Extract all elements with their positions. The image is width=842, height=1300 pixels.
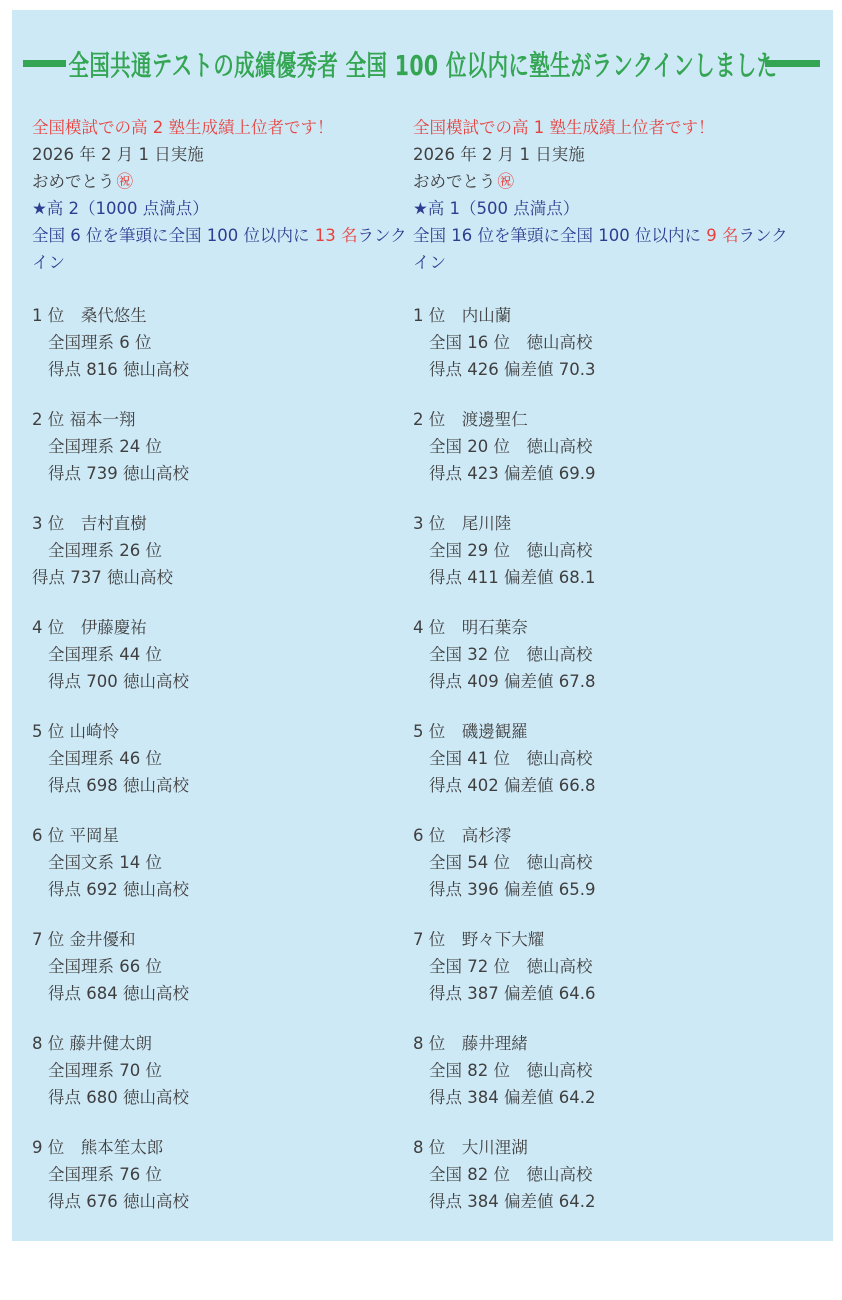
entry-rank-and-name: 7 位 野々下大耀 [413, 926, 797, 953]
ranking-entry: 9 位 熊本笙太郎 全国理系 76 位 得点 676 徳山高校 [32, 1134, 416, 1215]
entry-rank-and-name: 8 位 藤井健太朗 [32, 1030, 416, 1057]
ranking-entry: 7 位 金井優和 全国理系 66 位 得点 684 徳山高校 [32, 926, 416, 1007]
entry-national-rank: 全国理系 6 位 [32, 329, 416, 356]
entry-score: 得点 739 徳山高校 [32, 460, 416, 487]
congrats-text: おめでとう [413, 172, 496, 191]
entry-rank-and-name: 3 位 尾川陸 [413, 510, 797, 537]
exam-date: 2026 年 2 月 1 日実施 [32, 141, 416, 168]
ranking-entry: 8 位 藤井理緒 全国 82 位 徳山高校 得点 384 偏差値 64.2 [413, 1030, 797, 1111]
summary-before: 全国 6 位を筆頭に全国 100 位以内に [32, 226, 315, 245]
entry-national-rank: 全国 54 位 徳山高校 [413, 849, 797, 876]
summary-count: 9 名 [706, 226, 738, 245]
entry-national-rank: 全国理系 46 位 [32, 745, 416, 772]
ranking-entry: 7 位 野々下大耀 全国 72 位 徳山高校 得点 387 偏差値 64.6 [413, 926, 797, 1007]
entry-score: 得点 387 偏差値 64.6 [413, 980, 797, 1007]
ranking-entry: 1 位 桑代悠生 全国理系 6 位 得点 816 徳山高校 [32, 302, 416, 383]
page-title: 全国共通テストの成績優秀者 全国 100 位以内に塾生がランクインしました [68, 44, 777, 84]
entry-score: 得点 700 徳山高校 [32, 668, 416, 695]
ranking-entry: 4 位 伊藤慶祐 全国理系 44 位 得点 700 徳山高校 [32, 614, 416, 695]
congrats-line: おめでとう㊗ [413, 168, 797, 195]
entry-score: 得点 816 徳山高校 [32, 356, 416, 383]
entry-score: 得点 384 偏差値 64.2 [413, 1084, 797, 1111]
entry-score: 得点 402 偏差値 66.8 [413, 772, 797, 799]
entry-rank-and-name: 8 位 藤井理緒 [413, 1030, 797, 1057]
entry-score: 得点 737 徳山高校 [32, 564, 416, 591]
entry-score: 得点 426 偏差値 70.3 [413, 356, 797, 383]
entry-rank-and-name: 6 位 高杉澪 [413, 822, 797, 849]
ranking-entry: 6 位 平岡星 全国文系 14 位 得点 692 徳山高校 [32, 822, 416, 903]
grade-title: ★高 1（500 点満点） [413, 195, 797, 222]
entry-score: 得点 692 徳山高校 [32, 876, 416, 903]
entry-score: 得点 676 徳山高校 [32, 1188, 416, 1215]
celebration-mark-icon: ㊗ [498, 172, 515, 191]
entry-rank-and-name: 7 位 金井優和 [32, 926, 416, 953]
entry-rank-and-name: 5 位 山崎怜 [32, 718, 416, 745]
ranking-entry: 2 位 渡邊聖仁 全国 20 位 徳山高校 得点 423 偏差値 69.9 [413, 406, 797, 487]
entry-national-rank: 全国理系 66 位 [32, 953, 416, 980]
ranking-entry: 8 位 藤井健太朗 全国理系 70 位 得点 680 徳山高校 [32, 1030, 416, 1111]
celebration-mark-icon: ㊗ [117, 172, 134, 191]
grade1-column: 全国模試での高 1 塾生成績上位者です！ 2026 年 2 月 1 日実施 おめ… [413, 114, 797, 1238]
grade-title: ★高 2（1000 点満点） [32, 195, 416, 222]
column-header: 全国模試での高 2 塾生成績上位者です！ [32, 114, 416, 141]
title-right-rule [765, 60, 820, 67]
entry-rank-and-name: 3 位 吉村直樹 [32, 510, 416, 537]
column-header: 全国模試での高 1 塾生成績上位者です！ [413, 114, 797, 141]
ranking-entry: 6 位 高杉澪 全国 54 位 徳山高校 得点 396 偏差値 65.9 [413, 822, 797, 903]
entry-national-rank: 全国理系 44 位 [32, 641, 416, 668]
entry-score: 得点 684 徳山高校 [32, 980, 416, 1007]
grade2-column: 全国模試での高 2 塾生成績上位者です！ 2026 年 2 月 1 日実施 おめ… [32, 114, 416, 1238]
ranking-entry: 3 位 尾川陸 全国 29 位 徳山高校 得点 411 偏差値 68.1 [413, 510, 797, 591]
entry-rank-and-name: 1 位 桑代悠生 [32, 302, 416, 329]
flyer-panel: 全国共通テストの成績優秀者 全国 100 位以内に塾生がランクインしました 全国… [12, 10, 833, 1241]
summary-count: 13 名 [315, 226, 358, 245]
entry-rank-and-name: 8 位 大川浬湖 [413, 1134, 797, 1161]
entry-rank-and-name: 5 位 磯邊観羅 [413, 718, 797, 745]
entry-national-rank: 全国 29 位 徳山高校 [413, 537, 797, 564]
entry-rank-and-name: 4 位 明石葉奈 [413, 614, 797, 641]
entry-national-rank: 全国 82 位 徳山高校 [413, 1161, 797, 1188]
entry-national-rank: 全国 41 位 徳山高校 [413, 745, 797, 772]
entry-score: 得点 396 偏差値 65.9 [413, 876, 797, 903]
entry-national-rank: 全国 16 位 徳山高校 [413, 329, 797, 356]
summary-line: 全国 16 位を筆頭に全国 100 位以内に 9 名ランクイン [413, 222, 797, 276]
entry-national-rank: 全国 20 位 徳山高校 [413, 433, 797, 460]
entry-rank-and-name: 6 位 平岡星 [32, 822, 416, 849]
ranking-entry: 5 位 山崎怜 全国理系 46 位 得点 698 徳山高校 [32, 718, 416, 799]
entry-rank-and-name: 2 位 渡邊聖仁 [413, 406, 797, 433]
entry-national-rank: 全国理系 70 位 [32, 1057, 416, 1084]
title-banner: 全国共通テストの成績優秀者 全国 100 位以内に塾生がランクインしました [12, 10, 833, 110]
entry-score: 得点 423 偏差値 69.9 [413, 460, 797, 487]
ranking-entry: 4 位 明石葉奈 全国 32 位 徳山高校 得点 409 偏差値 67.8 [413, 614, 797, 695]
entry-national-rank: 全国理系 24 位 [32, 433, 416, 460]
ranking-entry: 2 位 福本一翔 全国理系 24 位 得点 739 徳山高校 [32, 406, 416, 487]
entry-score: 得点 411 偏差値 68.1 [413, 564, 797, 591]
ranking-entry: 3 位 吉村直樹 全国理系 26 位 得点 737 徳山高校 [32, 510, 416, 591]
title-left-rule [23, 60, 66, 67]
entry-national-rank: 全国 32 位 徳山高校 [413, 641, 797, 668]
entry-score: 得点 384 偏差値 64.2 [413, 1188, 797, 1215]
flyer-page: 全国共通テストの成績優秀者 全国 100 位以内に塾生がランクインしました 全国… [0, 0, 842, 1300]
entry-national-rank: 全国 82 位 徳山高校 [413, 1057, 797, 1084]
ranking-entry: 8 位 大川浬湖 全国 82 位 徳山高校 得点 384 偏差値 64.2 [413, 1134, 797, 1215]
entry-national-rank: 全国文系 14 位 [32, 849, 416, 876]
entry-score: 得点 680 徳山高校 [32, 1084, 416, 1111]
entry-national-rank: 全国理系 76 位 [32, 1161, 416, 1188]
congrats-line: おめでとう㊗ [32, 168, 416, 195]
summary-line: 全国 6 位を筆頭に全国 100 位以内に 13 名ランクイン [32, 222, 416, 276]
entry-rank-and-name: 2 位 福本一翔 [32, 406, 416, 433]
summary-before: 全国 16 位を筆頭に全国 100 位以内に [413, 226, 706, 245]
exam-date: 2026 年 2 月 1 日実施 [413, 141, 797, 168]
ranking-entry: 1 位 内山蘭 全国 16 位 徳山高校 得点 426 偏差値 70.3 [413, 302, 797, 383]
congrats-text: おめでとう [32, 172, 115, 191]
entry-national-rank: 全国 72 位 徳山高校 [413, 953, 797, 980]
entry-rank-and-name: 4 位 伊藤慶祐 [32, 614, 416, 641]
entry-national-rank: 全国理系 26 位 [32, 537, 416, 564]
ranking-entry: 5 位 磯邊観羅 全国 41 位 徳山高校 得点 402 偏差値 66.8 [413, 718, 797, 799]
ranking-list: 1 位 桑代悠生 全国理系 6 位 得点 816 徳山高校 2 位 福本一翔 全… [32, 302, 416, 1215]
entry-score: 得点 698 徳山高校 [32, 772, 416, 799]
entry-score: 得点 409 偏差値 67.8 [413, 668, 797, 695]
ranking-list: 1 位 内山蘭 全国 16 位 徳山高校 得点 426 偏差値 70.3 2 位… [413, 302, 797, 1215]
entry-rank-and-name: 1 位 内山蘭 [413, 302, 797, 329]
entry-rank-and-name: 9 位 熊本笙太郎 [32, 1134, 416, 1161]
